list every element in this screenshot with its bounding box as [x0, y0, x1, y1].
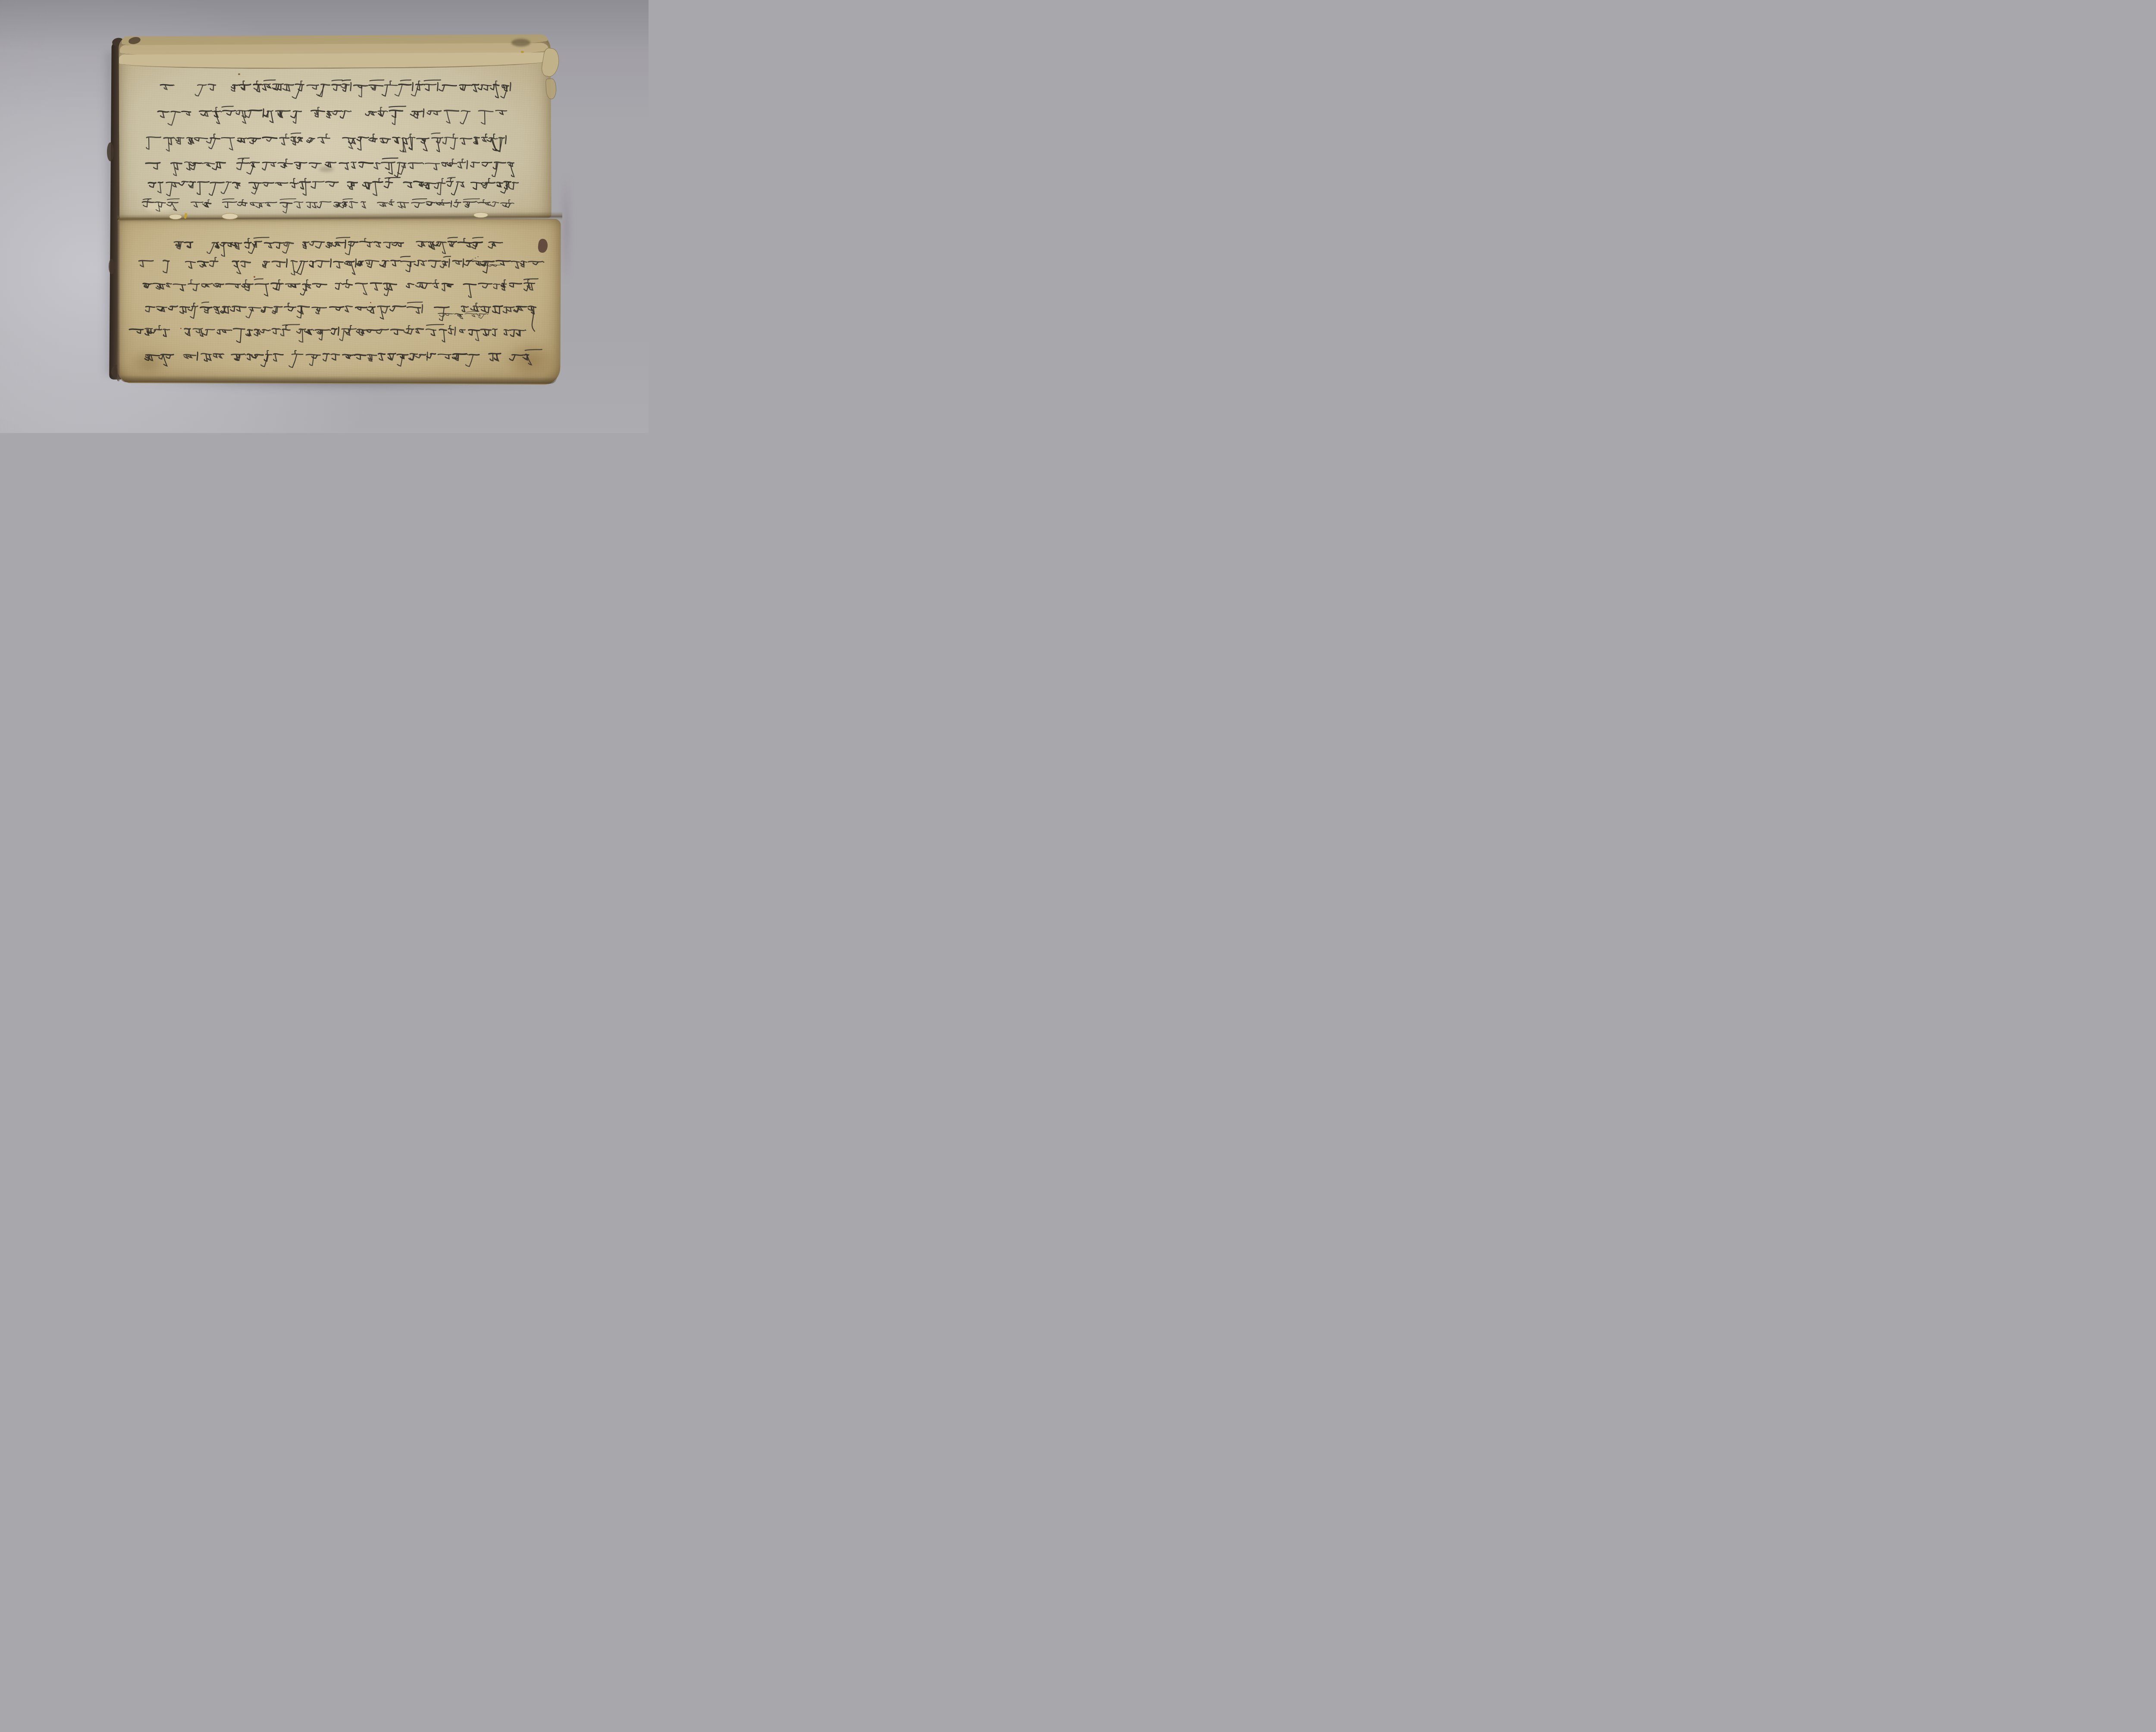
top-line-6	[142, 199, 514, 213]
top-line-1	[160, 80, 511, 98]
bottom-line-2	[139, 256, 544, 275]
handwriting-layer	[0, 0, 649, 433]
bottom-line-5	[129, 324, 526, 342]
top-line-4	[146, 158, 514, 177]
top-line-5	[148, 177, 518, 196]
photograph-background	[0, 0, 649, 433]
manuscript-book	[0, 0, 649, 433]
bottom-line-1	[174, 237, 502, 256]
bottom-line-4	[145, 302, 536, 331]
top-line-2	[158, 106, 507, 125]
bottom-line-3	[143, 279, 538, 297]
top-line-3	[146, 133, 506, 152]
bottom-line-6	[145, 349, 542, 367]
interlinear-note-2	[438, 311, 488, 319]
